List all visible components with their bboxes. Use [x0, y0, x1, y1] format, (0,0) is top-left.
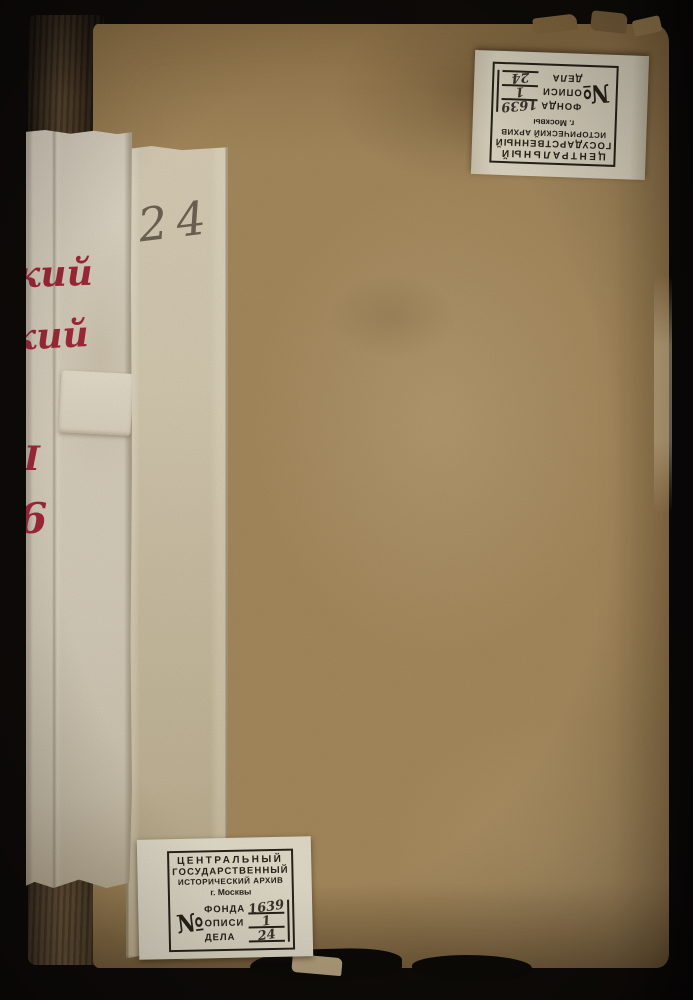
- fond-field: ФОНДА 1639: [501, 98, 581, 115]
- delo-field-underline: 24: [249, 926, 285, 943]
- frayed-edge-fragment: [590, 10, 628, 34]
- archive-stamp-label-bottom: ЦЕНТРАЛЬНЫЙ ГОСУДАРСТВЕННЫЙ ИСТОРИЧЕСКИЙ…: [137, 836, 313, 960]
- worn-right-edge: [654, 274, 672, 514]
- fond-field-label: ФОНДА: [204, 904, 248, 916]
- label-border-box: ЦЕНТРАЛЬНЫЙ ГОСУДАРСТВЕННЫЙ ИСТОРИЧЕСКИЙ…: [167, 849, 295, 953]
- delo-field-label: ДЕЛА: [205, 932, 249, 944]
- delo-field-value: 24: [248, 926, 286, 946]
- label-field-rows: ФОНДА 1639 ОПИСИ 1 ДЕЛА 24: [496, 70, 582, 115]
- label-fields: № ФОНДА 1639 ОПИСИ 1 ДЕЛА 24: [170, 900, 293, 945]
- archive-file-cover-photo: 24 кий кий I 6 ЦЕНТРАЛЬНЫЙ ГОСУДАРСТВЕНН…: [0, 0, 693, 1000]
- red-handwriting-fragment: 6: [18, 498, 47, 540]
- red-handwriting-fragment: I: [24, 442, 40, 476]
- label-border-box: ЦЕНТРАЛЬНЫЙ ГОСУДАРСТВЕННЫЙ ИСТОРИЧЕСКИЙ…: [489, 62, 618, 167]
- red-handwriting-fragment: кий: [11, 316, 89, 356]
- opis-field-label: ОПИСИ: [538, 85, 582, 98]
- frayed-edge-fragment: [632, 15, 663, 37]
- label-field-rows: ФОНДА 1639 ОПИСИ 1 ДЕЛА 24: [204, 900, 290, 944]
- fond-field-label: ФОНДА: [537, 99, 581, 112]
- red-handwriting-fragment: кий: [15, 255, 93, 294]
- label-fields: № ФОНДА 1639 ОПИСИ 1 ДЕЛА 24: [493, 70, 616, 116]
- opis-field-label: ОПИСИ: [204, 918, 248, 930]
- numero-sign: №: [175, 909, 208, 954]
- handwritten-case-number: 24: [135, 194, 217, 249]
- delo-field-underline: 24: [502, 70, 539, 87]
- delo-field-label: ДЕЛА: [538, 71, 582, 84]
- opis-field: ОПИСИ 1: [502, 84, 582, 101]
- frayed-edge-fragment: [532, 13, 578, 34]
- torn-bottom-edge: [412, 955, 532, 979]
- delo-field: ДЕЛА 24: [205, 928, 285, 944]
- delo-field: ДЕЛА 24: [502, 70, 582, 87]
- spine-paper-strip-outer: кий кий I 6: [26, 130, 132, 888]
- archive-stamp-label-top: ЦЕНТРАЛЬНЫЙ ГОСУДАРСТВЕННЫЙ ИСТОРИЧЕСКИЙ…: [471, 50, 649, 180]
- numero-sign: №: [580, 63, 611, 107]
- delo-field-value: 24: [502, 68, 539, 86]
- paper-fold-tab: [58, 370, 133, 436]
